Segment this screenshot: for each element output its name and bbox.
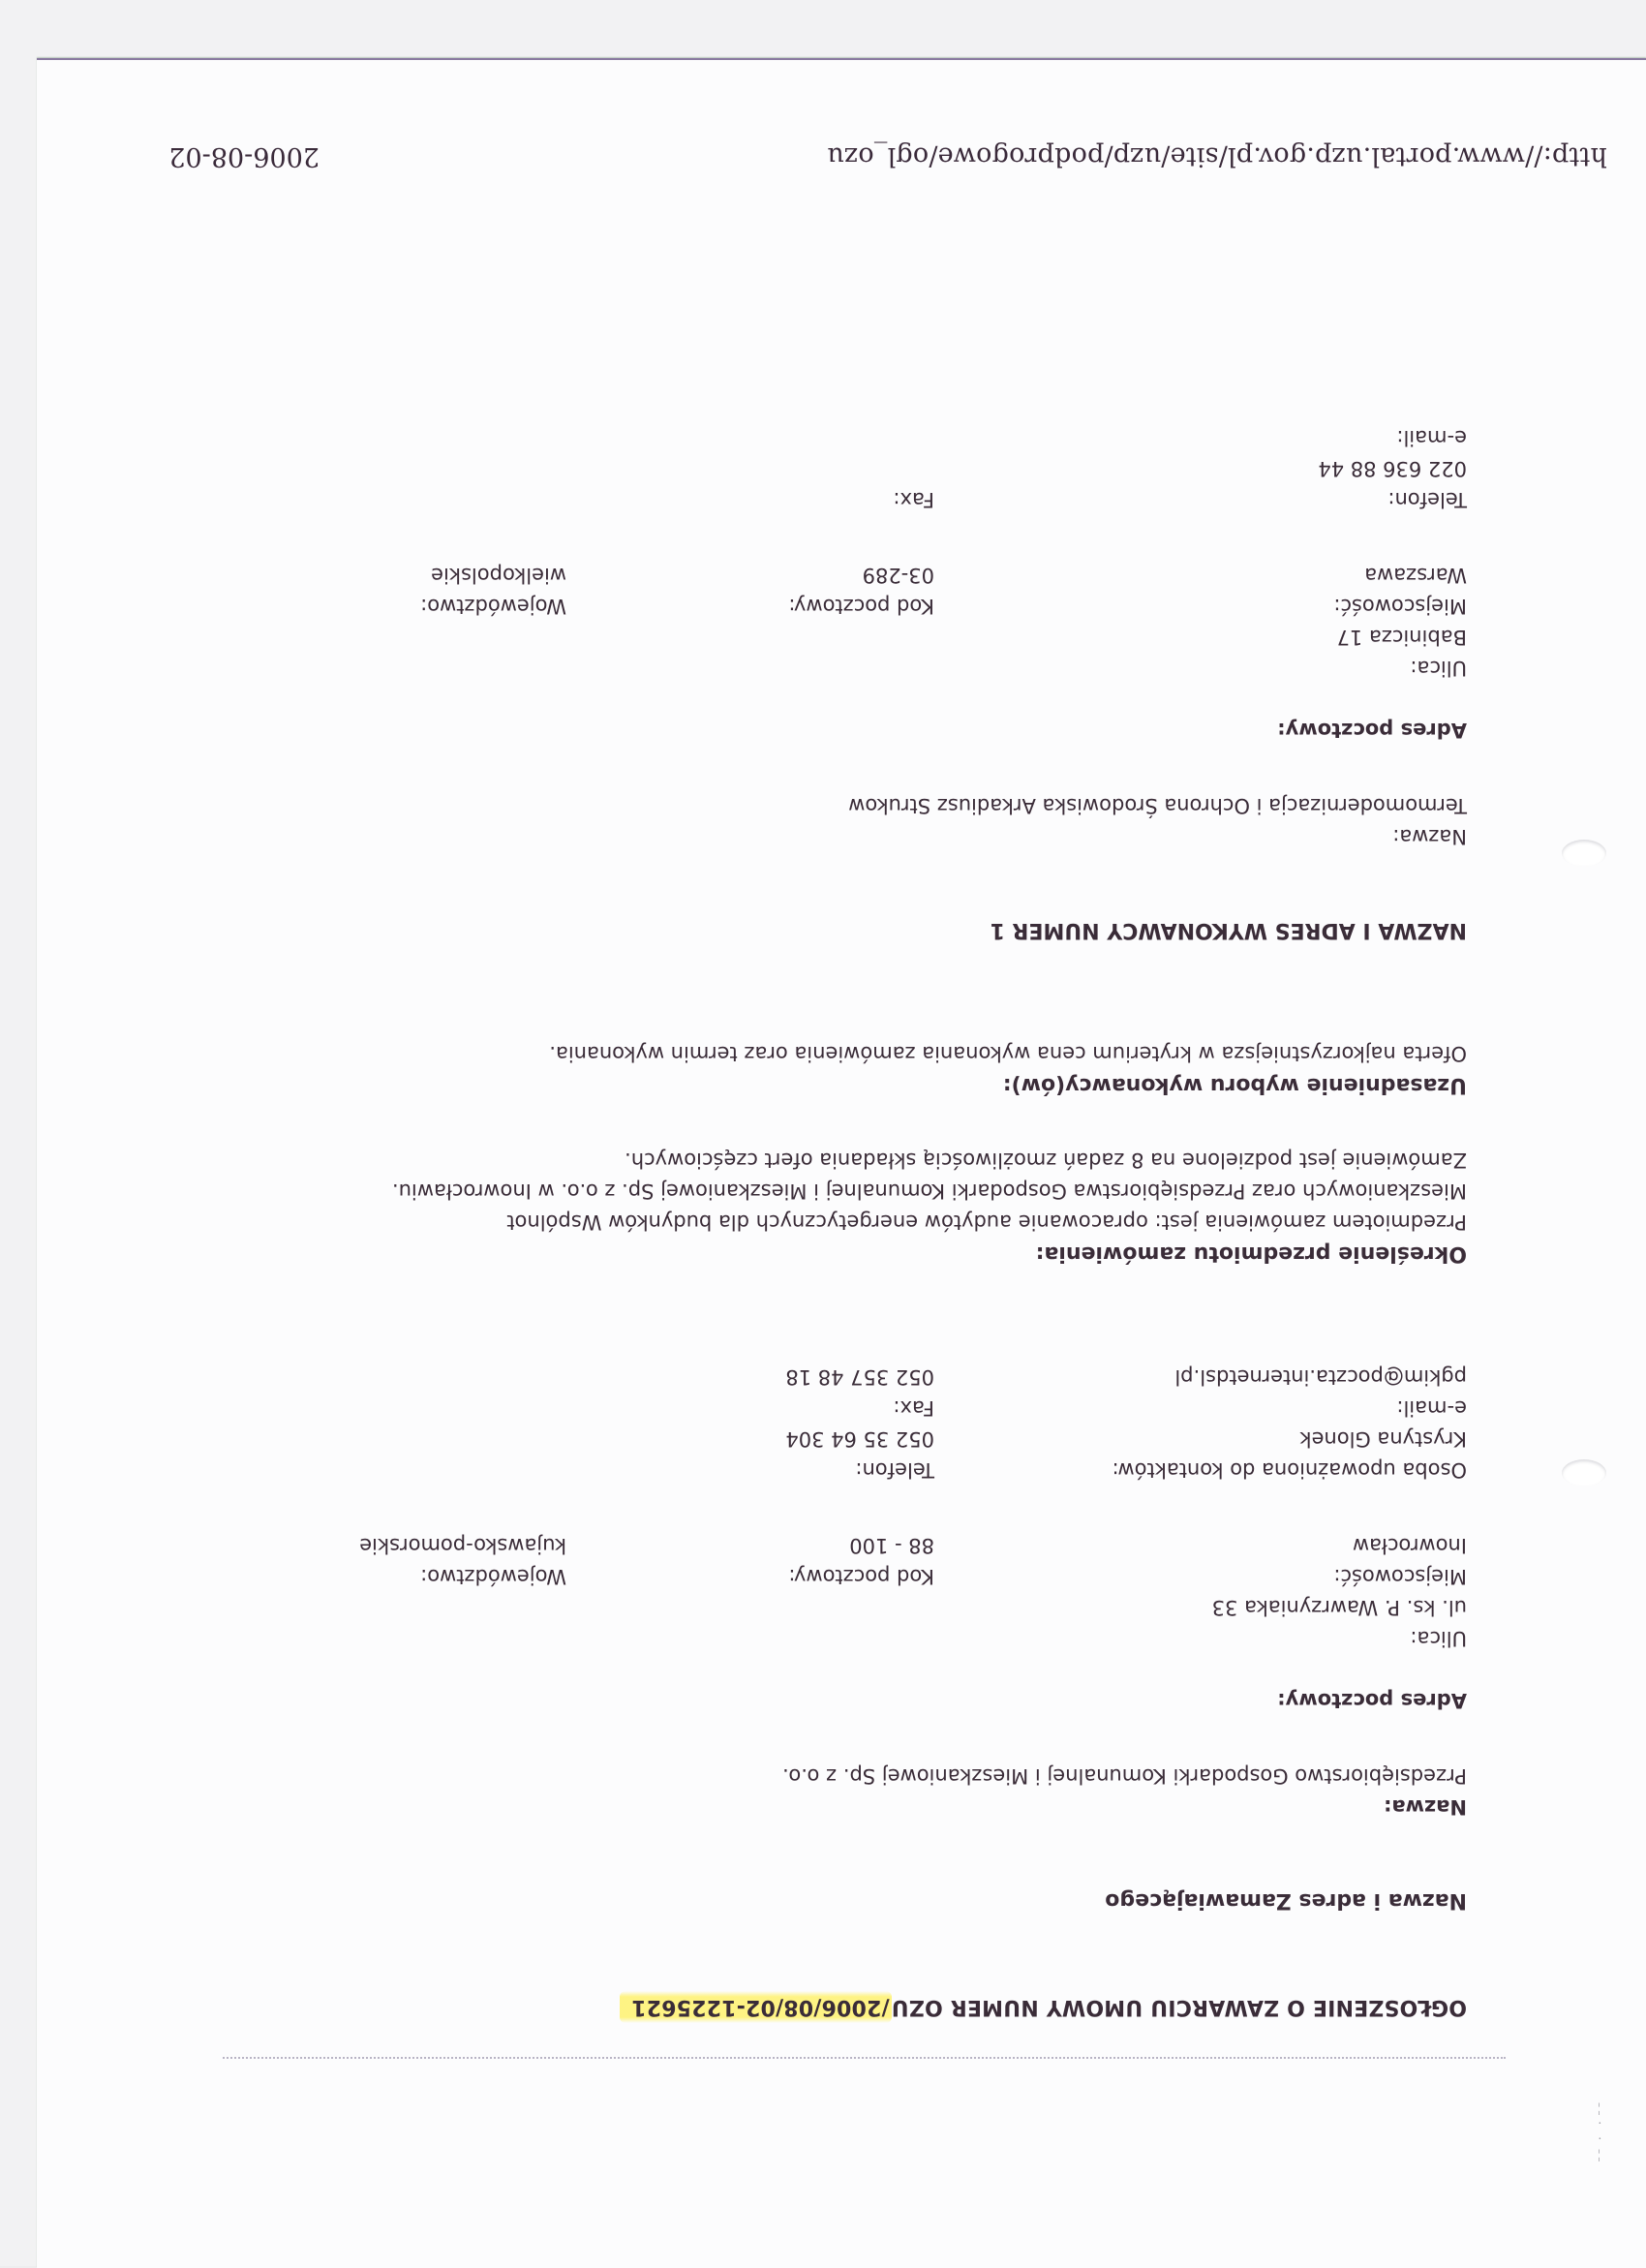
contractor-label-postal-address: Adres pocztowy: <box>208 715 1467 746</box>
justification-text: Oferta najkorzystniejsza w kryterium cen… <box>237 1038 1467 1069</box>
authority-street: ul. ks. P. Wawrzyniaka 33 <box>208 1592 1467 1623</box>
contractor-label-city: Miejscowość: <box>934 591 1467 622</box>
notice-content: OGŁOSZENIE O ZAWARCIU UMOWY NUMER OZU/20… <box>208 422 1467 2036</box>
authority-contact-person: Krystyna Glonek <box>934 1424 1467 1455</box>
contractor-label-voivodeship: Województwo: <box>208 591 566 622</box>
scanned-paper: ¦··¦ http://www.portal.uzp.gov.pl/site/u… <box>37 58 1646 2266</box>
notice-title: OGŁOSZENIE O ZAWARCIU UMOWY NUMER OZU/20… <box>208 1991 1467 2022</box>
contractor-label-email: e-mail: <box>208 422 1467 453</box>
notice-title-prefix: OGŁOSZENIE O ZAWARCIU UMOWY NUMER OZU <box>892 1995 1467 2019</box>
authority-phone: 052 35 64 304 <box>208 1424 934 1455</box>
authority-voivodeship: kujawsko-pomorskie <box>208 1530 566 1561</box>
printed-page: http://www.portal.uzp.gov.pl/site/uzp/po… <box>37 60 1646 2266</box>
authority-city: Inowrocław <box>934 1530 1467 1561</box>
contractor-phone: 022 636 88 44 <box>934 453 1467 484</box>
contractor-label-phone: Telefon: <box>934 484 1467 515</box>
contractor-fax <box>208 453 934 484</box>
label-voivodeship: Województwo: <box>208 1561 566 1592</box>
subject-line-1: Przedmiotem zamówienia jest: opracowanie… <box>237 1207 1467 1238</box>
separator-rule <box>223 2057 1506 2059</box>
contractor-street: Babinicza 17 <box>208 622 1467 653</box>
print-header-url: http://www.portal.uzp.gov.pl/site/uzp/po… <box>827 141 1607 171</box>
notice-number-highlighted: /2006/08/02-1225621 <box>620 1991 892 2023</box>
contractor-locality-row: Miejscowość: Kod pocztowy: Województwo: … <box>208 560 1467 622</box>
authority-locality-row: Miejscowość: Kod pocztowy: Województwo: … <box>208 1530 1467 1592</box>
label-postal-address: Adres pocztowy: <box>208 1685 1467 1716</box>
label-city: Miejscowość: <box>934 1561 1467 1592</box>
subject-line-3: Zamówienie jest podzielone na 8 zadań zm… <box>237 1145 1467 1176</box>
authority-email: pgkim@poczta.internetdsl.pl <box>934 1362 1467 1393</box>
label-fax: Fax: <box>208 1393 934 1424</box>
contractor-label-name: Nazwa: <box>208 821 1467 852</box>
label-street: Ulica: <box>208 1623 1467 1654</box>
contractor-label-fax: Fax: <box>208 484 934 515</box>
subject-line-2: Mieszkaniowych oraz Przedsiębiorstwa Gos… <box>237 1176 1467 1207</box>
label-contact-person: Osoba upoważniona do kontaktów: <box>934 1455 1467 1486</box>
label-email: e-mail: <box>934 1393 1467 1424</box>
label-postal-code: Kod pocztowy: <box>566 1561 934 1592</box>
contractor-name: Termomodernizacja i Ochrona Środowiska A… <box>208 790 1467 821</box>
contractor-voivodeship: wielkopolskie <box>208 560 566 591</box>
contractor-city: Warszawa <box>934 560 1467 591</box>
contractor-postal-code: 03-289 <box>566 560 934 591</box>
section-title-justification: Uzasadnienie wyboru wykonawcy(ów): <box>208 1069 1467 1100</box>
print-header-date: 2006-08-02 <box>168 141 320 171</box>
contractor-label-street: Ulica: <box>208 653 1467 684</box>
label-name: Nazwa: <box>208 1792 1467 1823</box>
section-title-contracting-authority: Nazwa i adres Zamawiającego <box>208 1885 1467 1916</box>
authority-fax: 052 357 48 18 <box>208 1362 934 1393</box>
contractor-label-postal-code: Kod pocztowy: <box>566 591 934 622</box>
authority-name: Przedsiębiorstwo Gospodarki Komunalnej i… <box>208 1761 1467 1792</box>
contractor-contact-grid: Telefon: Fax: 022 636 88 44 <box>208 453 1467 515</box>
section-title-subject: Określenie przedmiotu zamówienia: <box>208 1238 1467 1269</box>
label-phone: Telefon: <box>208 1455 934 1486</box>
authority-contact-grid: Osoba upoważniona do kontaktów: Telefon:… <box>208 1362 1467 1486</box>
authority-postal-code: 88 - 100 <box>566 1530 934 1561</box>
section-title-contractor: NAZWA I ADRES WYKONAWCY NUMER 1 <box>208 914 1467 945</box>
